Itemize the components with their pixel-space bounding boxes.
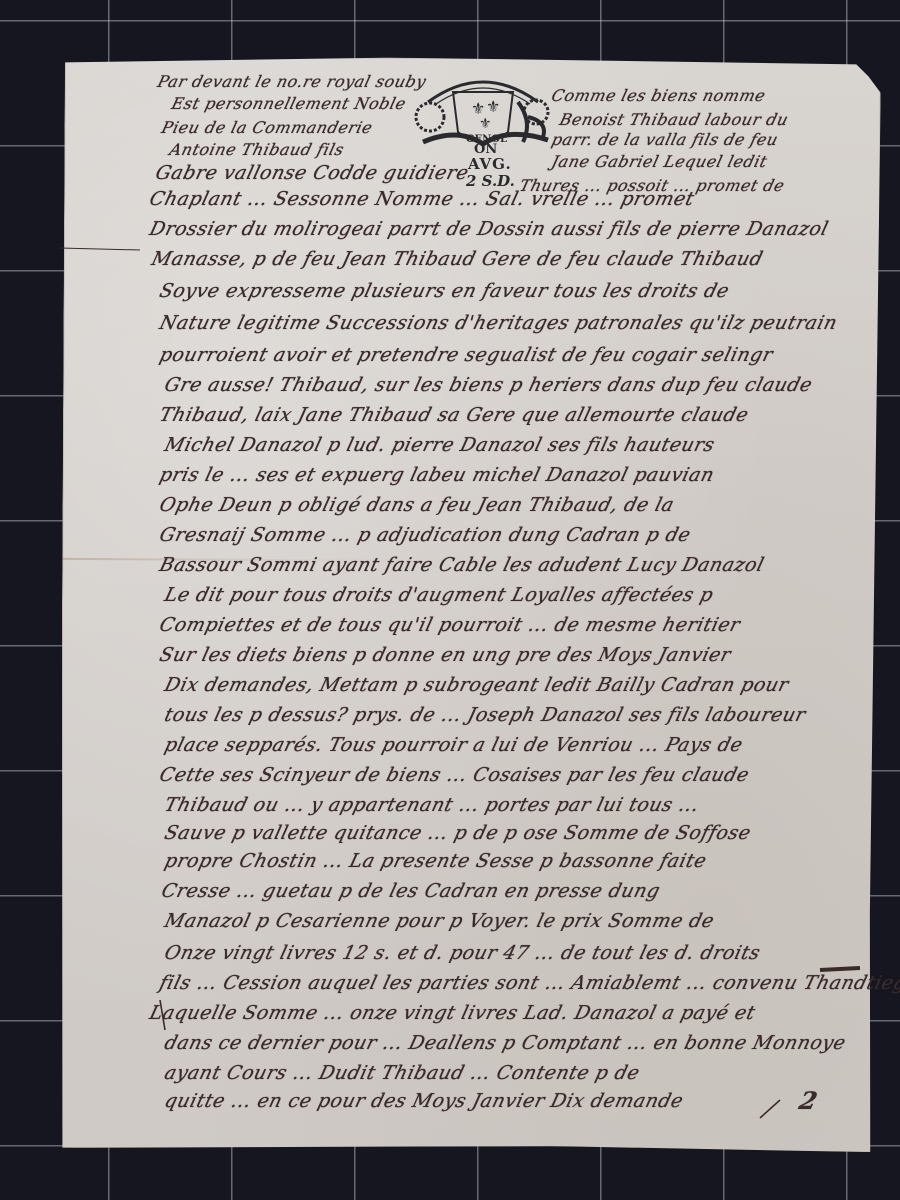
handwritten-text-body: Par devant le no.re royal souby Est pers… [0,0,900,1200]
ink-flourish-strokes [0,0,900,1200]
